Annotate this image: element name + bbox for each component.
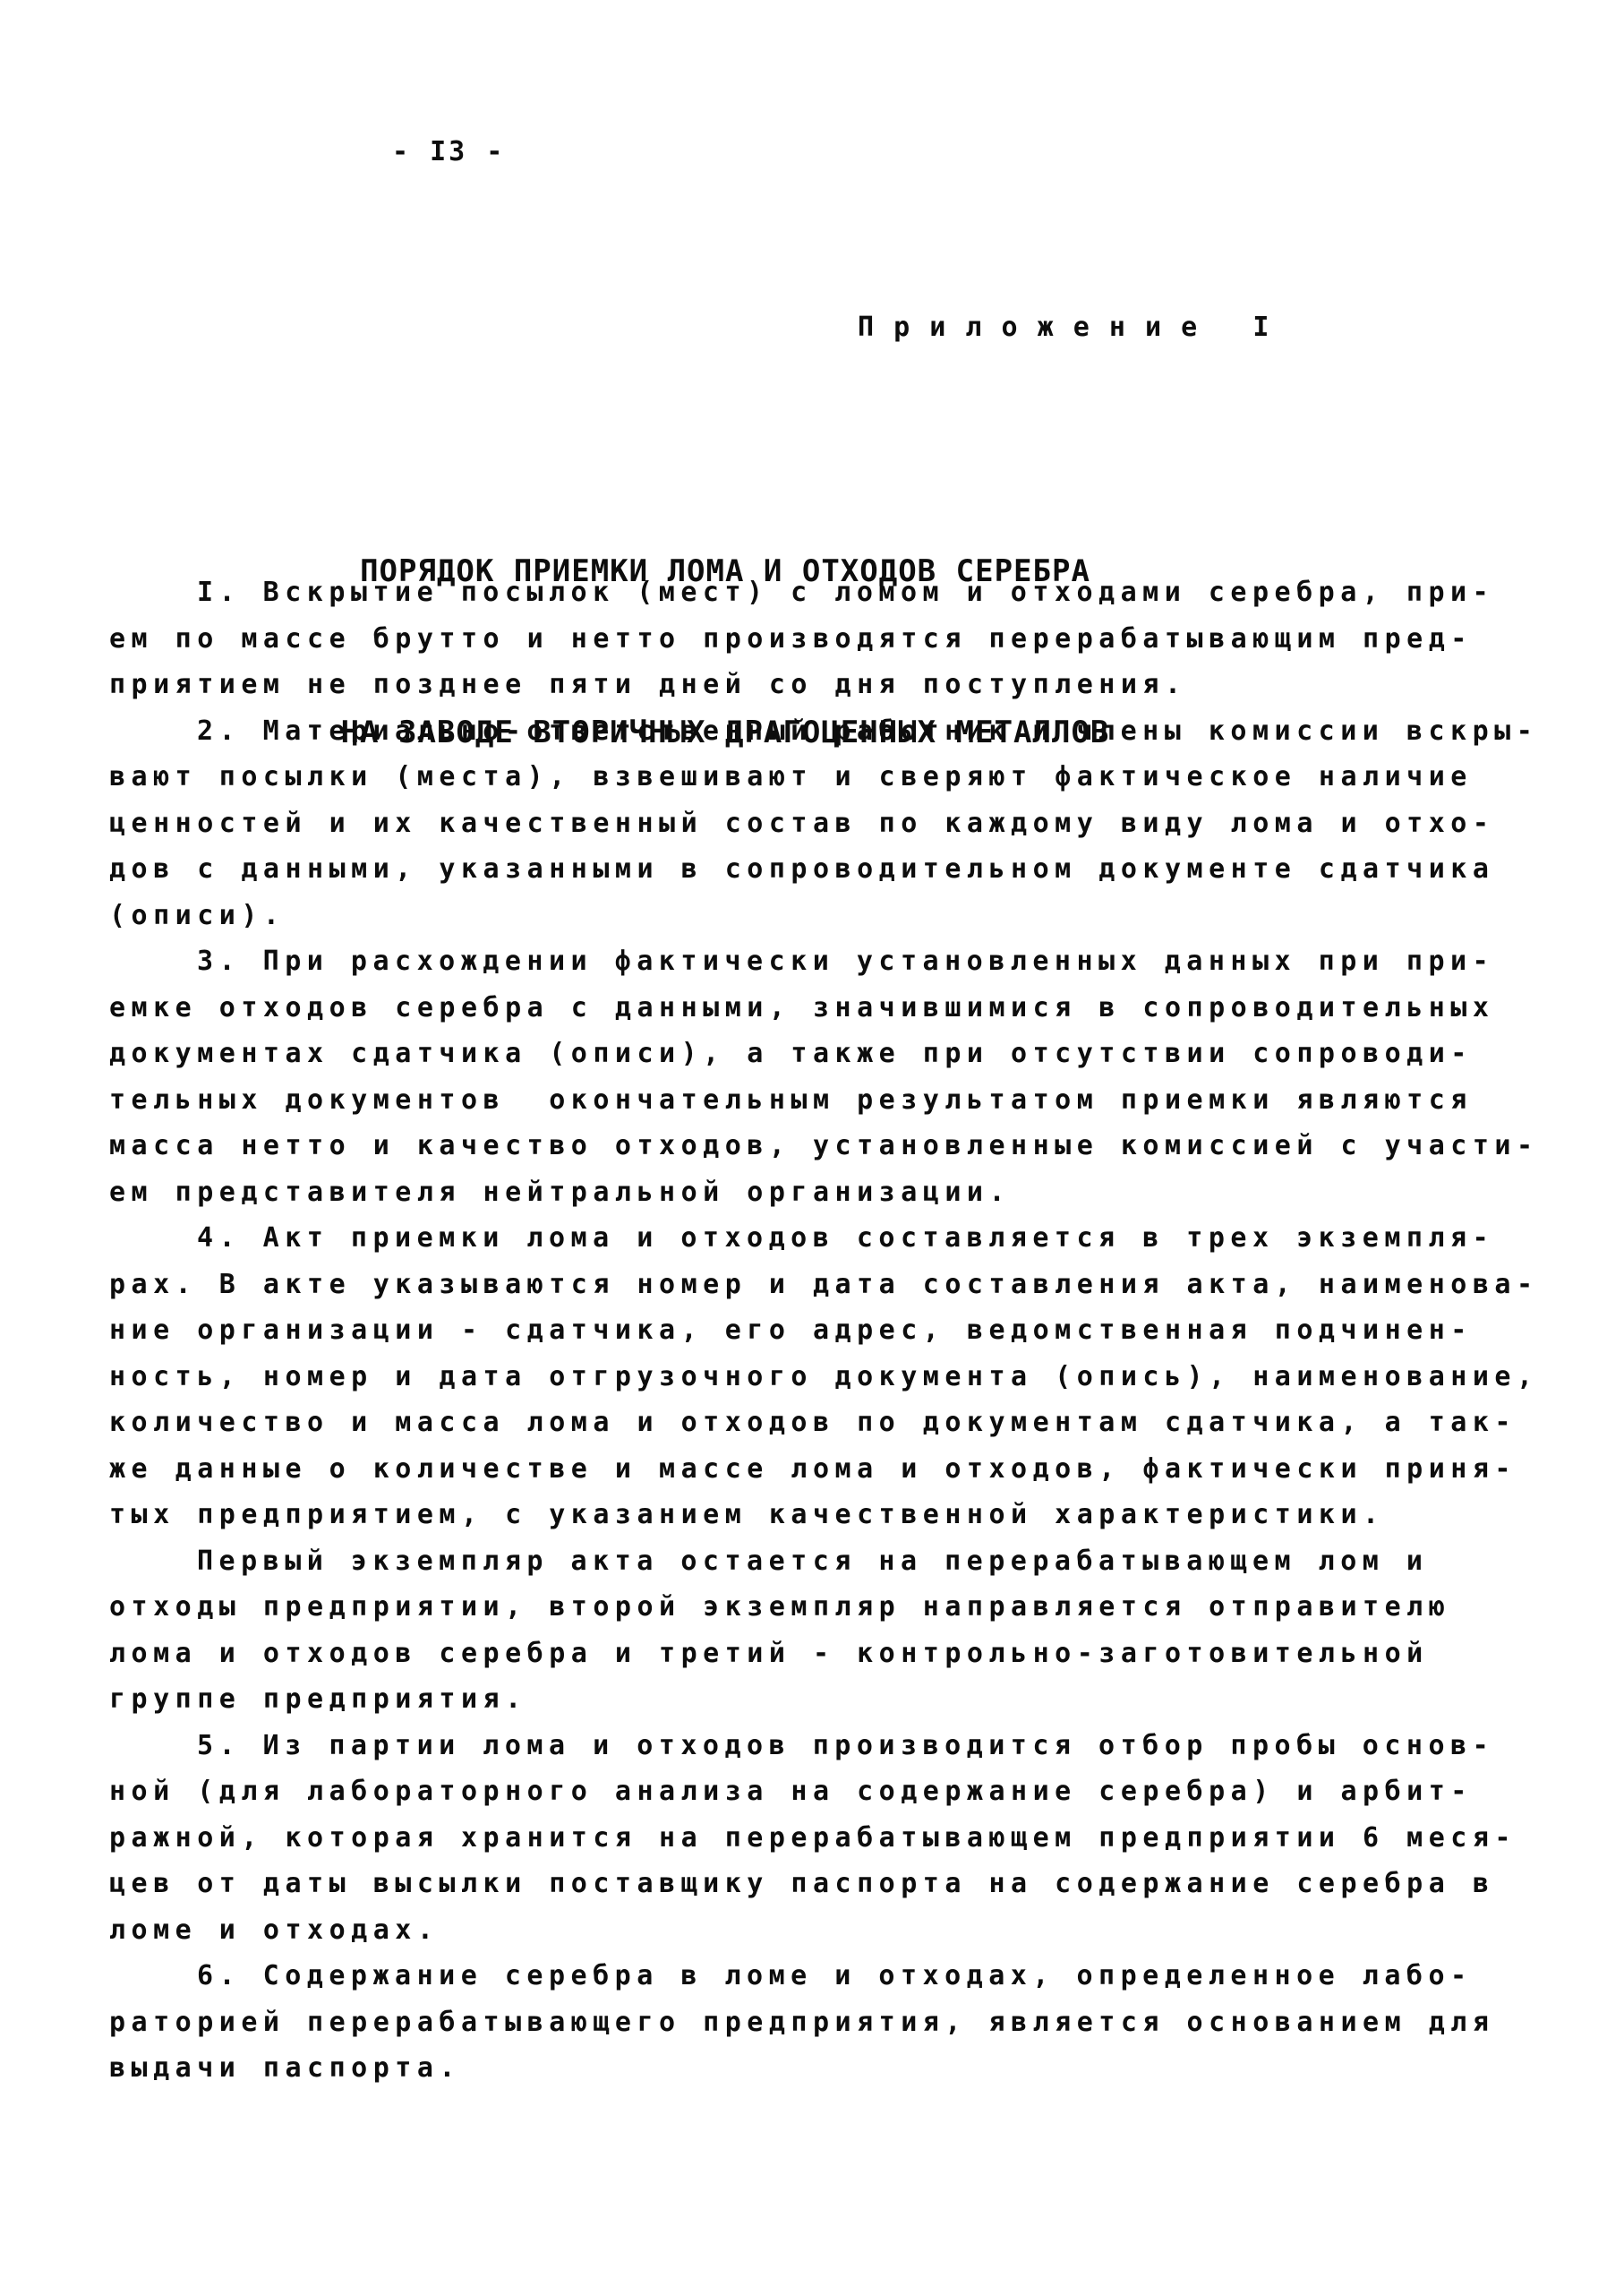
text-line: ценностей и их качественный состав по ка… bbox=[109, 801, 1595, 847]
page-number: - I3 - bbox=[392, 136, 505, 167]
text-line: емке отходов серебра с данными, значивши… bbox=[109, 985, 1595, 1032]
text-line: количество и масса лома и отходов по док… bbox=[109, 1400, 1595, 1446]
text-line: же данные о количестве и массе лома и от… bbox=[109, 1446, 1595, 1493]
text-line: масса нетто и качество отходов, установл… bbox=[109, 1123, 1595, 1169]
text-line: ем представителя нейтральной организации… bbox=[109, 1169, 1595, 1216]
text-line: вают посылки (места), взвешивают и сверя… bbox=[109, 754, 1595, 801]
text-line: приятием не позднее пяти дней со дня пос… bbox=[109, 662, 1595, 708]
text-line: выдачи паспорта. bbox=[109, 2045, 1595, 2092]
text-line: ражной, которая хранится на перерабатыва… bbox=[109, 1815, 1595, 1862]
text-line: тых предприятием, с указанием качественн… bbox=[109, 1492, 1595, 1538]
text-line: ность, номер и дата отгрузочного докумен… bbox=[109, 1354, 1595, 1400]
text-line: документах сдатчика (описи), а также при… bbox=[109, 1031, 1595, 1077]
text-line: раторией перерабатывающего предприятия, … bbox=[109, 2000, 1595, 2046]
body-text: I. Вскрытие посылок (мест) с ломом и отх… bbox=[109, 569, 1595, 2092]
text-line: ние организации - сдатчика, его адрес, в… bbox=[109, 1307, 1595, 1354]
text-line: Первый экземпляр акта остается на перера… bbox=[109, 1538, 1595, 1585]
text-line: (описи). bbox=[109, 893, 1595, 939]
text-line: 3. При расхождении фактически установлен… bbox=[109, 938, 1595, 985]
text-line: тельных документов окончательным результ… bbox=[109, 1077, 1595, 1124]
text-line: 6. Содержание серебра в ломе и отходах, … bbox=[109, 1953, 1595, 2000]
text-line: 4. Акт приемки лома и отходов составляет… bbox=[109, 1215, 1595, 1262]
text-line: дов с данными, указанными в сопроводител… bbox=[109, 846, 1595, 893]
appendix-label: П р и л о ж е н и е I bbox=[858, 312, 1270, 343]
text-line: лома и отходов серебра и третий - контро… bbox=[109, 1631, 1595, 1677]
text-line: I. Вскрытие посылок (мест) с ломом и отх… bbox=[109, 569, 1595, 616]
text-line: ломе и отходах. bbox=[109, 1907, 1595, 1954]
text-line: отходы предприятии, второй экземпляр нап… bbox=[109, 1584, 1595, 1631]
text-line: цев от даты высылки поставщику паспорта … bbox=[109, 1861, 1595, 1907]
text-line: группе предприятия. bbox=[109, 1676, 1595, 1723]
text-line: ем по массе брутто и нетто производятся … bbox=[109, 616, 1595, 663]
text-line: 2. Материально-ответственный работник и … bbox=[109, 708, 1595, 755]
text-line: рах. В акте указываются номер и дата сос… bbox=[109, 1262, 1595, 1308]
text-line: 5. Из партии лома и отходов производится… bbox=[109, 1723, 1595, 1769]
text-line: ной (для лабораторного анализа на содерж… bbox=[109, 1768, 1595, 1815]
document-page: - I3 - П р и л о ж е н и е I ПОРЯДОК ПРИ… bbox=[0, 0, 1624, 2295]
